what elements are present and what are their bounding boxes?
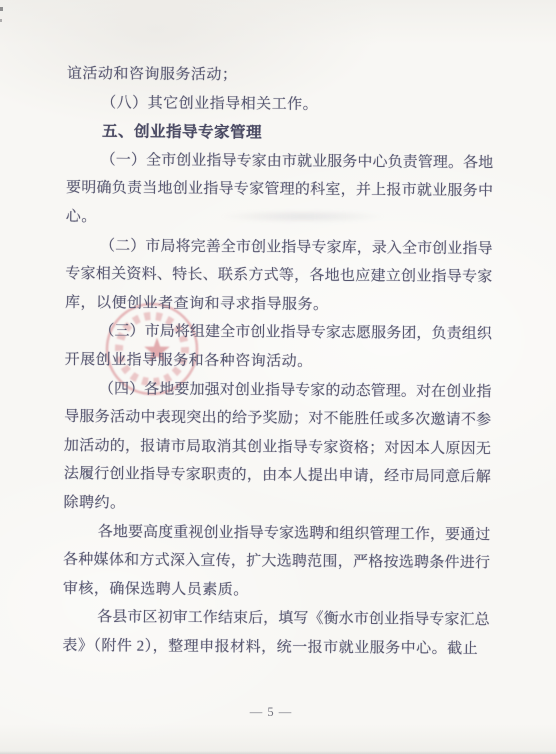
text-line: 专家相关资料、特长、联系方式等，各地也应建立创业指导专家 [65,260,492,292]
page-number: — 5 — [0,702,549,722]
text-line: 心。 [66,203,493,235]
text-line: 要明确负责当地创业指导专家管理的科室，并上报市就业服务中 [66,174,493,206]
text-line: 加活动的，报请市局取消其创业指导专家资格；对因本人原因无 [64,432,491,464]
text-line: （一）全市创业指导专家由市就业服务中心负责管理。各地 [66,146,493,178]
text-line: （八）其它创业指导相关工作。 [67,89,494,121]
text-line: 除聘约。 [63,489,490,521]
text-line: （四）各地要加强对创业指导专家的动态管理。对在创业指 [64,375,491,407]
text-line: 各地要高度重视创业指导专家选聘和组织管理工作，要通过 [63,517,490,549]
text-line: 表》（附件 2），整理申报材料，统一报市就业服务中心。截止 [62,632,489,664]
text-line: 开展创业指导服务和各种咨询活动。 [65,346,492,378]
text-line: 各县市区初审工作结束后，填写《衡水市创业指导专家汇总 [63,603,490,635]
text-line: 审核，确保选聘人员素质。 [63,575,490,607]
text-line: 库，以便创业者查询和寻求指导服务。 [65,289,492,321]
document-body: 谊活动和咨询服务活动；（八）其它创业指导相关工作。五、创业指导专家管理（一）全市… [62,60,494,664]
text-line: （二）市局将完善全市创业指导专家库，录入全市创业指导 [65,232,492,264]
scan-speck [0,7,3,11]
text-line: 导服务活动中表现突出的给予奖励；对不能胜任或多次邀请不参 [64,403,491,435]
text-line: 各种媒体和方式深入宣传，扩大选聘范围，严格按选聘条件进行 [63,546,490,578]
scan-speck [0,19,2,22]
text-line: 谊活动和咨询服务活动； [67,60,494,92]
section-heading: 五、创业指导专家管理 [66,117,493,149]
scanned-document-page: 谊活动和咨询服务活动；（八）其它创业指导相关工作。五、创业指导专家管理（一）全市… [0,0,556,754]
text-line: （三）市局将组建全市创业指导专家志愿服务团，负责组织 [65,317,492,349]
text-line: 法履行创业指导专家职责的，由本人提出申请，经市局同意后解 [64,460,491,492]
